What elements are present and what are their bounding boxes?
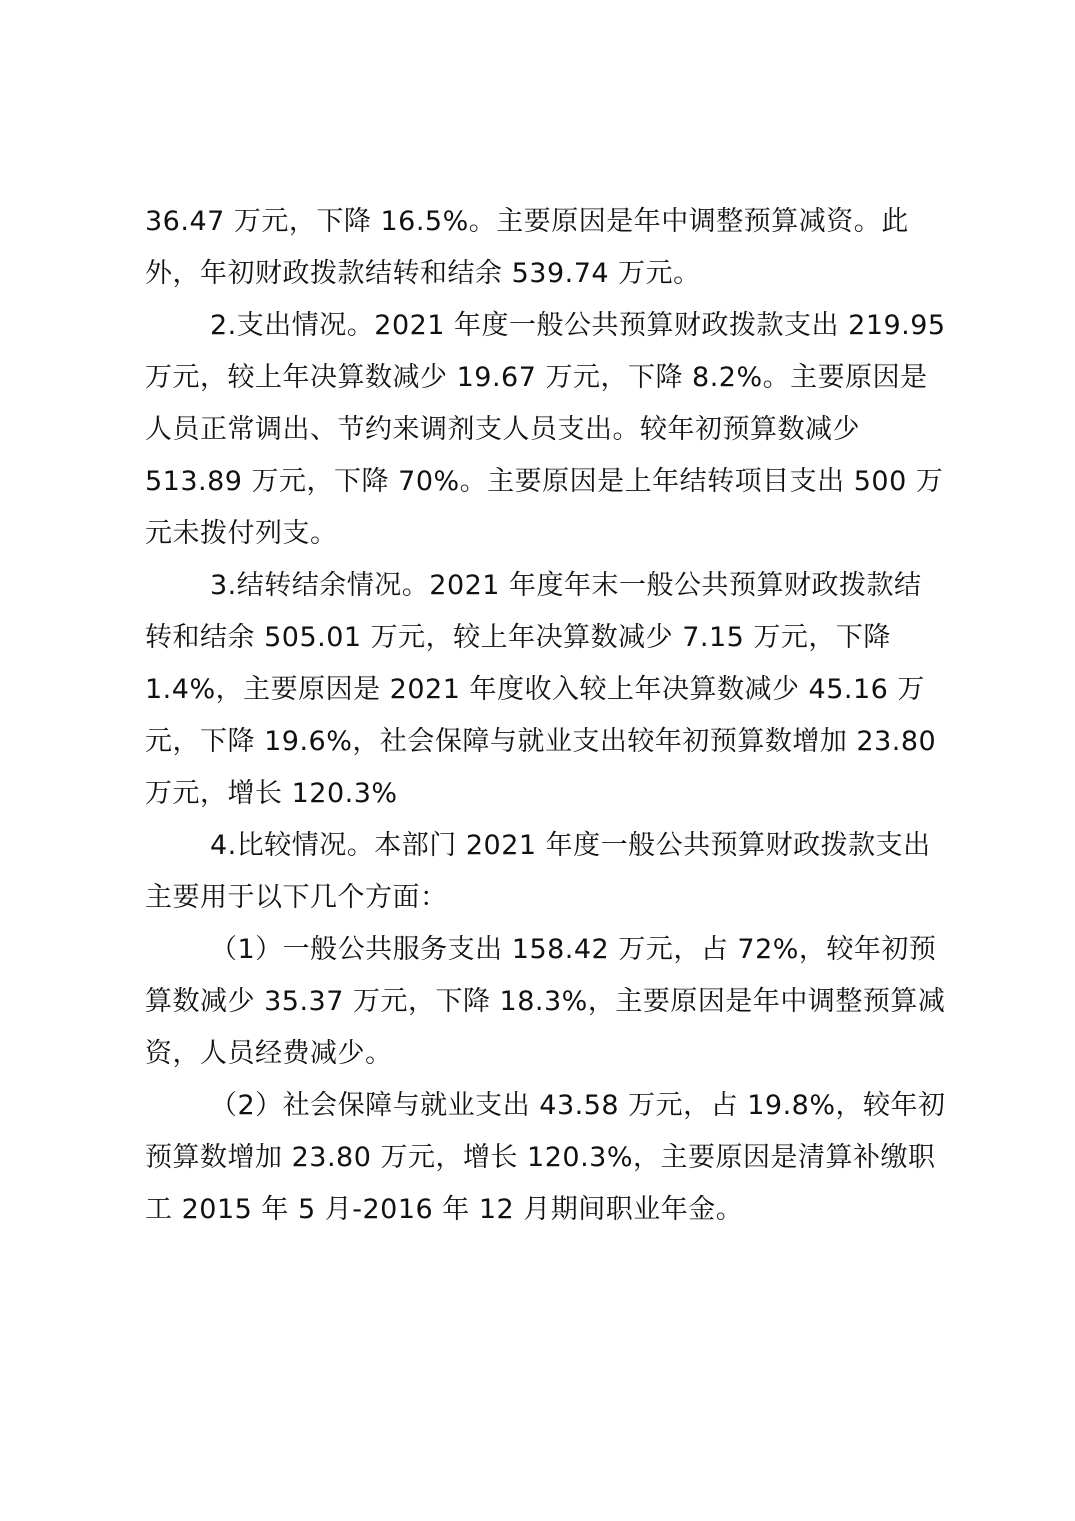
text-line: （2）社会保障与就业支出 43.58 万元，占 19.8%，较年初 [210, 1089, 946, 1123]
text-line: 工 2015 年 5 月-2016 年 12 月期间职业年金。 [145, 1193, 743, 1227]
text-line: 预算数增加 23.80 万元，增长 120.3%，主要原因是清算补缴职 [145, 1141, 936, 1175]
document-page: 36.47 万元，下降 16.5%。主要原因是年中调整预算减资。此 外，年初财政… [0, 0, 1075, 1521]
text-line: （1）一般公共服务支出 158.42 万元，占 72%，较年初预 [210, 933, 936, 967]
text-line: 万元，增长 120.3% [145, 777, 398, 811]
text-line: 元，下降 19.6%，社会保障与就业支出较年初预算数增加 23.80 [145, 725, 936, 759]
text-line: 人员正常调出、节约来调剂支人员支出。较年初预算数减少 [145, 413, 860, 447]
text-line: 外，年初财政拨款结转和结余 539.74 万元。 [145, 257, 701, 291]
text-line: 1.4%，主要原因是 2021 年度收入较上年决算数减少 45.16 万 [145, 673, 925, 707]
text-line: 主要用于以下几个方面： [145, 881, 448, 915]
text-line: 转和结余 505.01 万元，较上年决算数减少 7.15 万元，下降 [145, 621, 891, 655]
text-line: 3.结转结余情况。2021 年度年末一般公共预算财政拨款结 [210, 569, 922, 603]
text-line: 元未拨付列支。 [145, 517, 338, 551]
text-line: 万元，较上年决算数减少 19.67 万元，下降 8.2%。主要原因是 [145, 361, 928, 395]
text-line: 36.47 万元，下降 16.5%。主要原因是年中调整预算减资。此 [145, 205, 909, 239]
text-line: 资，人员经费减少。 [145, 1037, 393, 1071]
text-line: 算数减少 35.37 万元，下降 18.3%，主要原因是年中调整预算减 [145, 985, 945, 1019]
text-line: 4.比较情况。本部门 2021 年度一般公共预算财政拨款支出 [210, 829, 931, 863]
text-line: 2.支出情况。2021 年度一般公共预算财政拨款支出 219.95 [210, 309, 946, 343]
text-line: 513.89 万元，下降 70%。主要原因是上年结转项目支出 500 万 [145, 465, 943, 499]
